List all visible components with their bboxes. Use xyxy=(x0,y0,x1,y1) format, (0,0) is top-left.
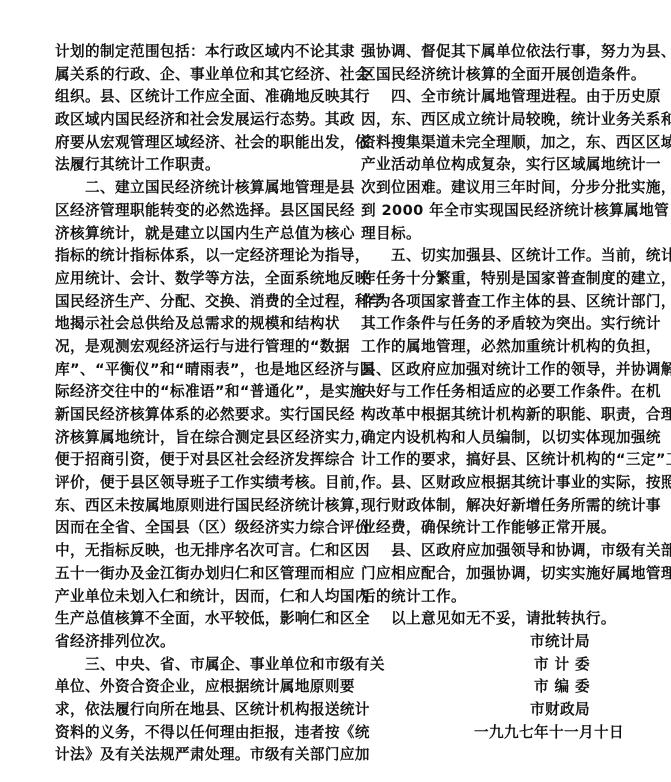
text-line: 五、切实加强县、区统计工作。当前，统计工 xyxy=(361,245,643,268)
text-line: 求，依法履行向所在地县、区统计机构报送统计 xyxy=(55,699,335,722)
text-line: 计工作的要求，搞好县、区统计机构的“三定”工 xyxy=(361,449,643,472)
text-line: 强协调、督促其下属单位依法行事，努力为县、 xyxy=(361,41,643,64)
right-column: 强协调、督促其下属单位依法行事，努力为县、区国民经济统计核算的全面开展创造条件。… xyxy=(361,41,643,631)
text-line: 济核算属地统计，旨在综合测定县区经济实力， xyxy=(55,427,335,450)
text-line: 产业单位未划入仁和统计，因而，仁和人均国内 xyxy=(55,586,335,609)
text-line: 组织。县、区统计工作应全面、准确地反映其行 xyxy=(55,86,335,109)
text-line: 作。县、区财政应根据其统计事业的实际，按照 xyxy=(361,472,643,495)
text-line: 工作的属地管理，必然加重统计机构的负担， xyxy=(361,336,643,359)
text-line: 次到位困难。建议用三年时间，分步分批实施， xyxy=(361,177,643,200)
signature-issuer: 市 编 委 xyxy=(534,676,590,699)
text-line: 计划的制定范围包括：本行政区域内不论其隶 xyxy=(55,41,335,64)
text-line: 作任务十分繁重，特别是国家普查制度的建立， xyxy=(361,268,643,291)
text-line: 法履行其统计工作职责。 xyxy=(55,154,335,177)
text-line: 因，东、西区成立统计局较晚，统计业务关系和 xyxy=(361,109,643,132)
text-line: 区国民经济统计核算的全面开展创造条件。 xyxy=(361,64,643,87)
text-line: 二、建立国民经济统计核算属地管理是县 xyxy=(55,177,335,200)
text-line: 理目标。 xyxy=(361,223,643,246)
text-line: 构改革中根据其统计机构新的职能、职责，合理 xyxy=(361,404,643,427)
text-line: 决好与工作任务相适应的必要工作条件。在机 xyxy=(361,381,643,404)
text-line: 国民经济生产、分配、交换、消费的全过程，科学 xyxy=(55,291,335,314)
text-line: 县、区政府应加强领导和协调，市级有关部 xyxy=(361,540,643,563)
text-line: 业经费，确保统计工作能够正常开展。 xyxy=(361,517,643,540)
text-line: 际经济交往中的“标准语”和“普通化”，是实施 xyxy=(55,381,335,404)
text-line: 产业活动单位构成复杂，实行区域属地统计一 xyxy=(361,154,643,177)
text-line: 东、西区未按属地原则进行国民经济统计核算， xyxy=(55,495,335,518)
signature-issuer: 市 计 委 xyxy=(534,654,590,677)
text-line: 应用统计、会计、数学等方法，全面系统地反映 xyxy=(55,268,335,291)
text-line: 区经济管理职能转变的必然选择。县区国民经 xyxy=(55,200,335,223)
text-line: 县、区政府应加强对统计工作的领导，并协调解 xyxy=(361,359,643,382)
text-line: 三、中央、省、市属企、事业单位和市级有关 xyxy=(55,654,335,677)
text-line: 生产总值核算不全面，水平较低，影响仁和区全 xyxy=(55,608,335,631)
text-line: 后的统计工作。 xyxy=(361,586,643,609)
document-page: 计划的制定范围包括：本行政区域内不论其隶属关系的行政、企、事业单位和其它经济、社… xyxy=(0,0,671,782)
signature-issuer: 市财政局 xyxy=(530,699,590,722)
text-line: 到 2000 年全市实现国民经济统计核算属地管 xyxy=(361,200,643,223)
text-line: 作为各项国家普查工作主体的县、区统计部门， xyxy=(361,291,643,314)
text-line: 济核算统计，就是建立以国内生产总值为核心 xyxy=(55,223,335,246)
text-line: 地揭示社会总供给及总需求的规模和结构状 xyxy=(55,313,335,336)
text-line: 新国民经济核算体系的必然要求。实行国民经 xyxy=(55,404,335,427)
text-line: 便于招商引资，便于对县区社会经济发挥综合 xyxy=(55,449,335,472)
text-line: 资料的义务，不得以任何理由拒报，违者按《统 xyxy=(55,722,335,745)
signature-issuer: 市统计局 xyxy=(530,631,590,654)
text-line: 以上意见如无不妥，请批转执行。 xyxy=(361,608,643,631)
text-line: 单位、外资合资企业，应根据统计属地原则要 xyxy=(55,676,335,699)
text-line: 门应相应配合，加强协调，切实实施好属地管理 xyxy=(361,563,643,586)
text-line: 指标的统计指标体系，以一定经济理论为指导， xyxy=(55,245,335,268)
left-column: 计划的制定范围包括：本行政区域内不论其隶属关系的行政、企、事业单位和其它经济、社… xyxy=(55,41,335,767)
text-line: 现行财政体制，解决好新增任务所需的统计事 xyxy=(361,495,643,518)
text-line: 计法》及有关法规严肃处理。市级有关部门应加 xyxy=(55,744,335,767)
text-line: 政区域内国民经济和社会发展运行态势。其政 xyxy=(55,109,335,132)
text-line: 属关系的行政、企、事业单位和其它经济、社会 xyxy=(55,64,335,87)
text-line: 四、全市统计属地管理进程。由于历史原 xyxy=(361,86,643,109)
text-line: 库”、“平衡仪”和“晴雨表”，也是地区经济与国 xyxy=(55,359,335,382)
text-line: 评价，便于县区领导班子工作实绩考核。目前， xyxy=(55,472,335,495)
text-line: 因而在全省、全国县（区）级经济实力综合评价 xyxy=(55,517,335,540)
text-line: 资料搜集渠道未完全理顺，加之，东、西区区域 xyxy=(361,132,643,155)
text-line: 五十一街办及金江街办划归仁和区管理而相应 xyxy=(55,563,335,586)
text-line: 其工作条件与任务的矛盾较为突出。实行统计 xyxy=(361,313,643,336)
text-line: 况，是观测宏观经济运行与进行管理的“数据 xyxy=(55,336,335,359)
text-line: 中，无指标反映，也无排序名次可言。仁和区因 xyxy=(55,540,335,563)
text-line: 省经济排列位次。 xyxy=(55,631,335,654)
text-line: 确定内设机构和人员编制，以切实体现加强统 xyxy=(361,427,643,450)
text-line: 府要从宏观管理区域经济、社会的职能出发，依 xyxy=(55,132,335,155)
signature-date: 一九九七年十一月十日 xyxy=(474,722,624,745)
